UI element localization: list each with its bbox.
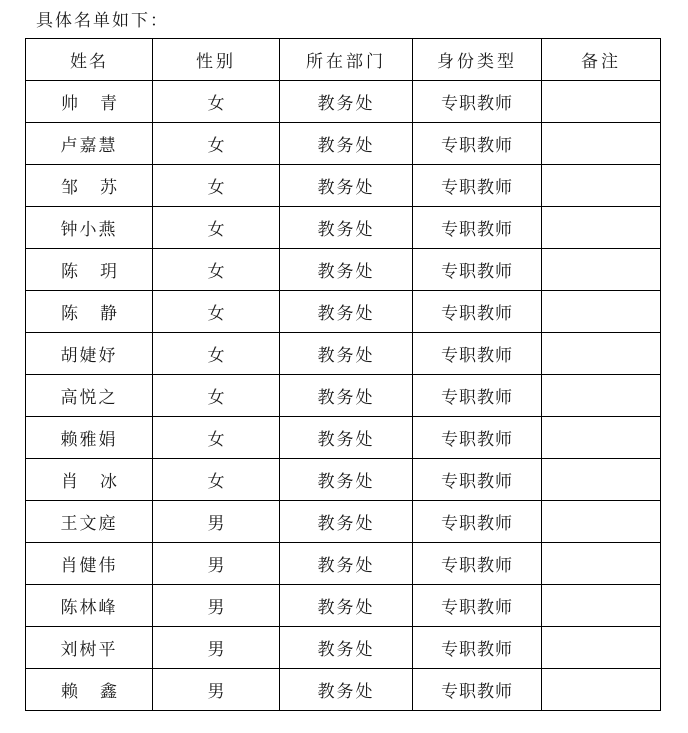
table-row: 肖健伟男教务处专职教师 xyxy=(26,543,661,585)
roster-table: 姓名 性别 所在部门 身份类型 备注 帅青女教务处专职教师卢嘉慧女教务处专职教师… xyxy=(25,38,661,711)
name-part: 赖 xyxy=(61,682,78,702)
cell-gender: 男 xyxy=(153,585,280,627)
cell-remarks xyxy=(542,207,661,249)
cell-name: 王文庭 xyxy=(26,501,153,543)
cell-gender: 女 xyxy=(153,333,280,375)
header-department: 所在部门 xyxy=(280,39,413,81)
name-part: 静 xyxy=(100,304,117,324)
table-row: 刘树平男教务处专职教师 xyxy=(26,627,661,669)
cell-remarks xyxy=(542,459,661,501)
cell-identity-type: 专职教师 xyxy=(413,291,542,333)
table-row: 帅青女教务处专职教师 xyxy=(26,81,661,123)
table-row: 肖冰女教务处专职教师 xyxy=(26,459,661,501)
header-row: 姓名 性别 所在部门 身份类型 备注 xyxy=(26,39,661,81)
intro-text: 具体名单如下： xyxy=(36,9,169,33)
cell-department: 教务处 xyxy=(280,165,413,207)
cell-name: 刘树平 xyxy=(26,627,153,669)
table-body: 帅青女教务处专职教师卢嘉慧女教务处专职教师邹苏女教务处专职教师钟小燕女教务处专职… xyxy=(26,81,661,711)
table-row: 赖雅娟女教务处专职教师 xyxy=(26,417,661,459)
cell-department: 教务处 xyxy=(280,207,413,249)
name-part: 苏 xyxy=(100,178,117,198)
cell-remarks xyxy=(542,585,661,627)
cell-name: 肖冰 xyxy=(26,459,153,501)
table-row: 胡婕妤女教务处专职教师 xyxy=(26,333,661,375)
cell-name: 赖鑫 xyxy=(26,669,153,711)
cell-remarks xyxy=(542,165,661,207)
cell-identity-type: 专职教师 xyxy=(413,249,542,291)
cell-department: 教务处 xyxy=(280,333,413,375)
cell-remarks xyxy=(542,249,661,291)
table-row: 邹苏女教务处专职教师 xyxy=(26,165,661,207)
name-part: 帅 xyxy=(61,94,78,114)
cell-name: 卢嘉慧 xyxy=(26,123,153,165)
cell-gender: 男 xyxy=(153,543,280,585)
cell-identity-type: 专职教师 xyxy=(413,459,542,501)
name-part: 青 xyxy=(100,94,117,114)
table-row: 陈静女教务处专职教师 xyxy=(26,291,661,333)
cell-department: 教务处 xyxy=(280,249,413,291)
cell-name: 高悦之 xyxy=(26,375,153,417)
header-gender: 性别 xyxy=(153,39,280,81)
cell-remarks xyxy=(542,375,661,417)
cell-gender: 女 xyxy=(153,375,280,417)
cell-gender: 男 xyxy=(153,627,280,669)
cell-department: 教务处 xyxy=(280,417,413,459)
cell-identity-type: 专职教师 xyxy=(413,165,542,207)
cell-department: 教务处 xyxy=(280,501,413,543)
cell-remarks xyxy=(542,543,661,585)
cell-name: 赖雅娟 xyxy=(26,417,153,459)
cell-department: 教务处 xyxy=(280,459,413,501)
table-row: 陈玥女教务处专职教师 xyxy=(26,249,661,291)
cell-identity-type: 专职教师 xyxy=(413,207,542,249)
cell-department: 教务处 xyxy=(280,627,413,669)
table-row: 高悦之女教务处专职教师 xyxy=(26,375,661,417)
cell-gender: 女 xyxy=(153,207,280,249)
cell-remarks xyxy=(542,123,661,165)
name-part: 陈 xyxy=(61,262,78,282)
table-row: 陈林峰男教务处专职教师 xyxy=(26,585,661,627)
cell-gender: 女 xyxy=(153,417,280,459)
cell-identity-type: 专职教师 xyxy=(413,501,542,543)
cell-identity-type: 专职教师 xyxy=(413,543,542,585)
cell-gender: 男 xyxy=(153,669,280,711)
cell-name: 胡婕妤 xyxy=(26,333,153,375)
cell-gender: 女 xyxy=(153,81,280,123)
cell-identity-type: 专职教师 xyxy=(413,669,542,711)
cell-name: 帅青 xyxy=(26,81,153,123)
cell-gender: 女 xyxy=(153,123,280,165)
cell-identity-type: 专职教师 xyxy=(413,417,542,459)
cell-name: 陈林峰 xyxy=(26,585,153,627)
name-part: 玥 xyxy=(100,262,117,282)
cell-name: 邹苏 xyxy=(26,165,153,207)
header-name: 姓名 xyxy=(26,39,153,81)
cell-department: 教务处 xyxy=(280,81,413,123)
cell-identity-type: 专职教师 xyxy=(413,333,542,375)
cell-remarks xyxy=(542,627,661,669)
cell-gender: 女 xyxy=(153,459,280,501)
cell-identity-type: 专职教师 xyxy=(413,123,542,165)
name-part: 冰 xyxy=(100,472,117,492)
cell-name: 钟小燕 xyxy=(26,207,153,249)
table-row: 卢嘉慧女教务处专职教师 xyxy=(26,123,661,165)
cell-remarks xyxy=(542,81,661,123)
header-remarks: 备注 xyxy=(542,39,661,81)
cell-name: 陈静 xyxy=(26,291,153,333)
header-identity-type: 身份类型 xyxy=(413,39,542,81)
cell-department: 教务处 xyxy=(280,123,413,165)
cell-identity-type: 专职教师 xyxy=(413,585,542,627)
name-part: 邹 xyxy=(61,178,78,198)
cell-gender: 男 xyxy=(153,501,280,543)
cell-department: 教务处 xyxy=(280,375,413,417)
name-part: 肖 xyxy=(61,472,78,492)
cell-remarks xyxy=(542,333,661,375)
cell-identity-type: 专职教师 xyxy=(413,375,542,417)
cell-department: 教务处 xyxy=(280,585,413,627)
table-row: 赖鑫男教务处专职教师 xyxy=(26,669,661,711)
name-part: 鑫 xyxy=(100,682,117,702)
cell-name: 肖健伟 xyxy=(26,543,153,585)
cell-gender: 女 xyxy=(153,165,280,207)
cell-gender: 女 xyxy=(153,249,280,291)
cell-remarks xyxy=(542,669,661,711)
name-part: 陈 xyxy=(61,304,78,324)
cell-department: 教务处 xyxy=(280,291,413,333)
cell-remarks xyxy=(542,501,661,543)
cell-identity-type: 专职教师 xyxy=(413,81,542,123)
table-row: 王文庭男教务处专职教师 xyxy=(26,501,661,543)
cell-identity-type: 专职教师 xyxy=(413,627,542,669)
cell-gender: 女 xyxy=(153,291,280,333)
cell-department: 教务处 xyxy=(280,669,413,711)
cell-name: 陈玥 xyxy=(26,249,153,291)
cell-remarks xyxy=(542,417,661,459)
cell-remarks xyxy=(542,291,661,333)
table-row: 钟小燕女教务处专职教师 xyxy=(26,207,661,249)
cell-department: 教务处 xyxy=(280,543,413,585)
